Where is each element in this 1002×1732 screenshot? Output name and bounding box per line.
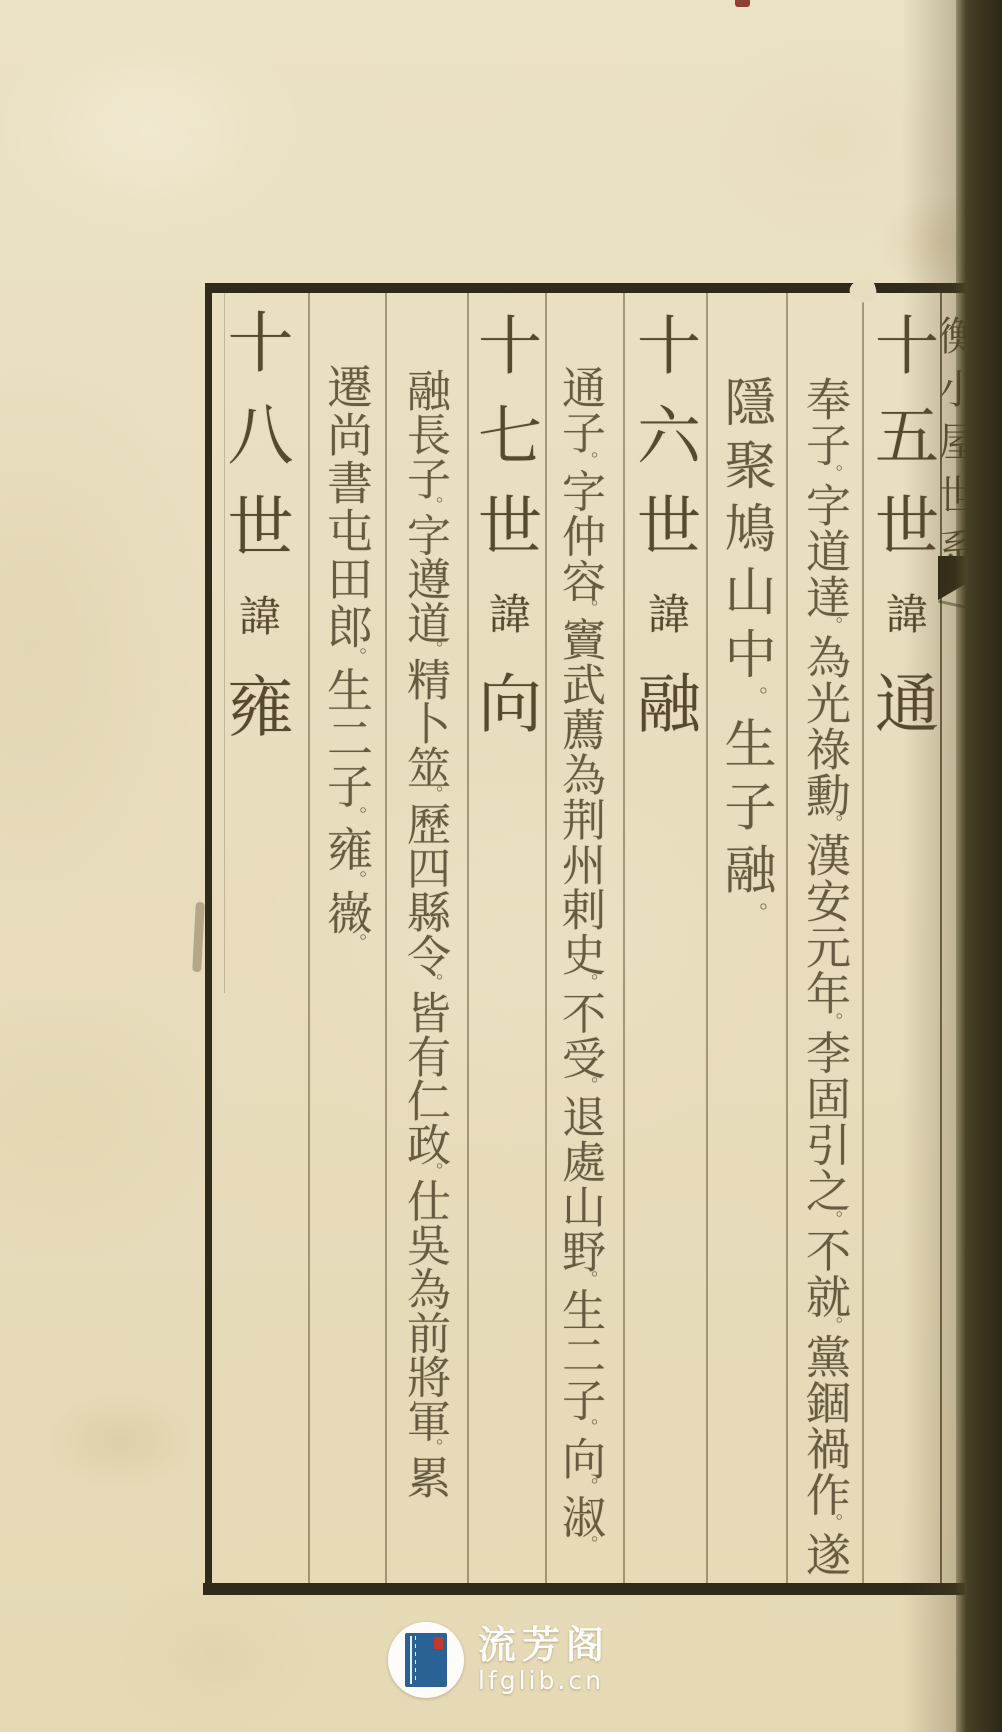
biography-column: 融長子。字遵道。精卜筮。歷四縣令。皆有仁政。仕吳為前將軍。累 (398, 368, 448, 1499)
scanned-page: 衡小屋世系 十五世諱通 奉子。字道達。為光祿勳。漢安元年。李固引之。不就。黨錮禍… (0, 0, 1002, 1732)
red-edge-mark (735, 0, 750, 7)
taboo-name-marker: 諱 (485, 592, 529, 660)
generation-heading-18: 十八世諱雍 (219, 308, 289, 764)
watermark-logo-circle (388, 1622, 464, 1698)
book-icon (405, 1633, 447, 1687)
column-rule (706, 293, 708, 1583)
generation-heading-17: 十七世諱向 (471, 312, 537, 760)
paper-stains (0, 0, 1002, 1732)
watermark-site-name: 流芳阁 (478, 1624, 610, 1668)
table-border-bottom (203, 1583, 965, 1595)
biography-column: 奉子。字道達。為光祿勳。漢安元年。李固引之。不就。黨錮禍作。遂 (799, 376, 849, 1577)
column-rule (545, 293, 547, 1583)
book-spine-line (410, 1636, 412, 1684)
ink-smudge (192, 902, 205, 972)
book-binding-edge (956, 0, 1002, 1732)
generation-heading-16: 十六世諱融 (630, 312, 696, 760)
column-rule (308, 293, 310, 1583)
taboo-name-marker: 諱 (235, 594, 279, 662)
column-rule (385, 293, 387, 1583)
taboo-name-marker: 諱 (644, 592, 688, 660)
watermark-text: 流芳阁 lfglib.cn (478, 1624, 610, 1696)
generation-label: 十六世 (626, 312, 700, 582)
table-border-left (205, 283, 212, 1595)
generation-label: 十八世 (216, 308, 293, 584)
biography-column: 隱聚鳩山中。生子融。 (719, 375, 773, 933)
binding-shadow (902, 0, 956, 1732)
column-rule (786, 293, 788, 1583)
book-seal-mark (434, 1637, 443, 1649)
generation-label: 十七世 (467, 312, 541, 582)
table-border-top (205, 283, 1002, 293)
column-rule (623, 293, 625, 1583)
biography-column: 通子。字仲容。竇武薦為荆州剌史。不受。退處山野。生二子。向。淑。 (553, 365, 603, 1553)
ancestor-name: 雍 (220, 672, 289, 764)
watermark-site-url: lfglib.cn (478, 1667, 610, 1696)
biography-column: 遷尚書屯田郎。生二子。雍。嶶。 (322, 363, 372, 952)
watermark: 流芳阁 lfglib.cn (388, 1622, 610, 1698)
book-stitch-line (415, 1636, 416, 1684)
paper-chip (848, 277, 879, 305)
ancestor-name: 融 (629, 670, 696, 760)
ancestor-name: 向 (470, 670, 537, 760)
